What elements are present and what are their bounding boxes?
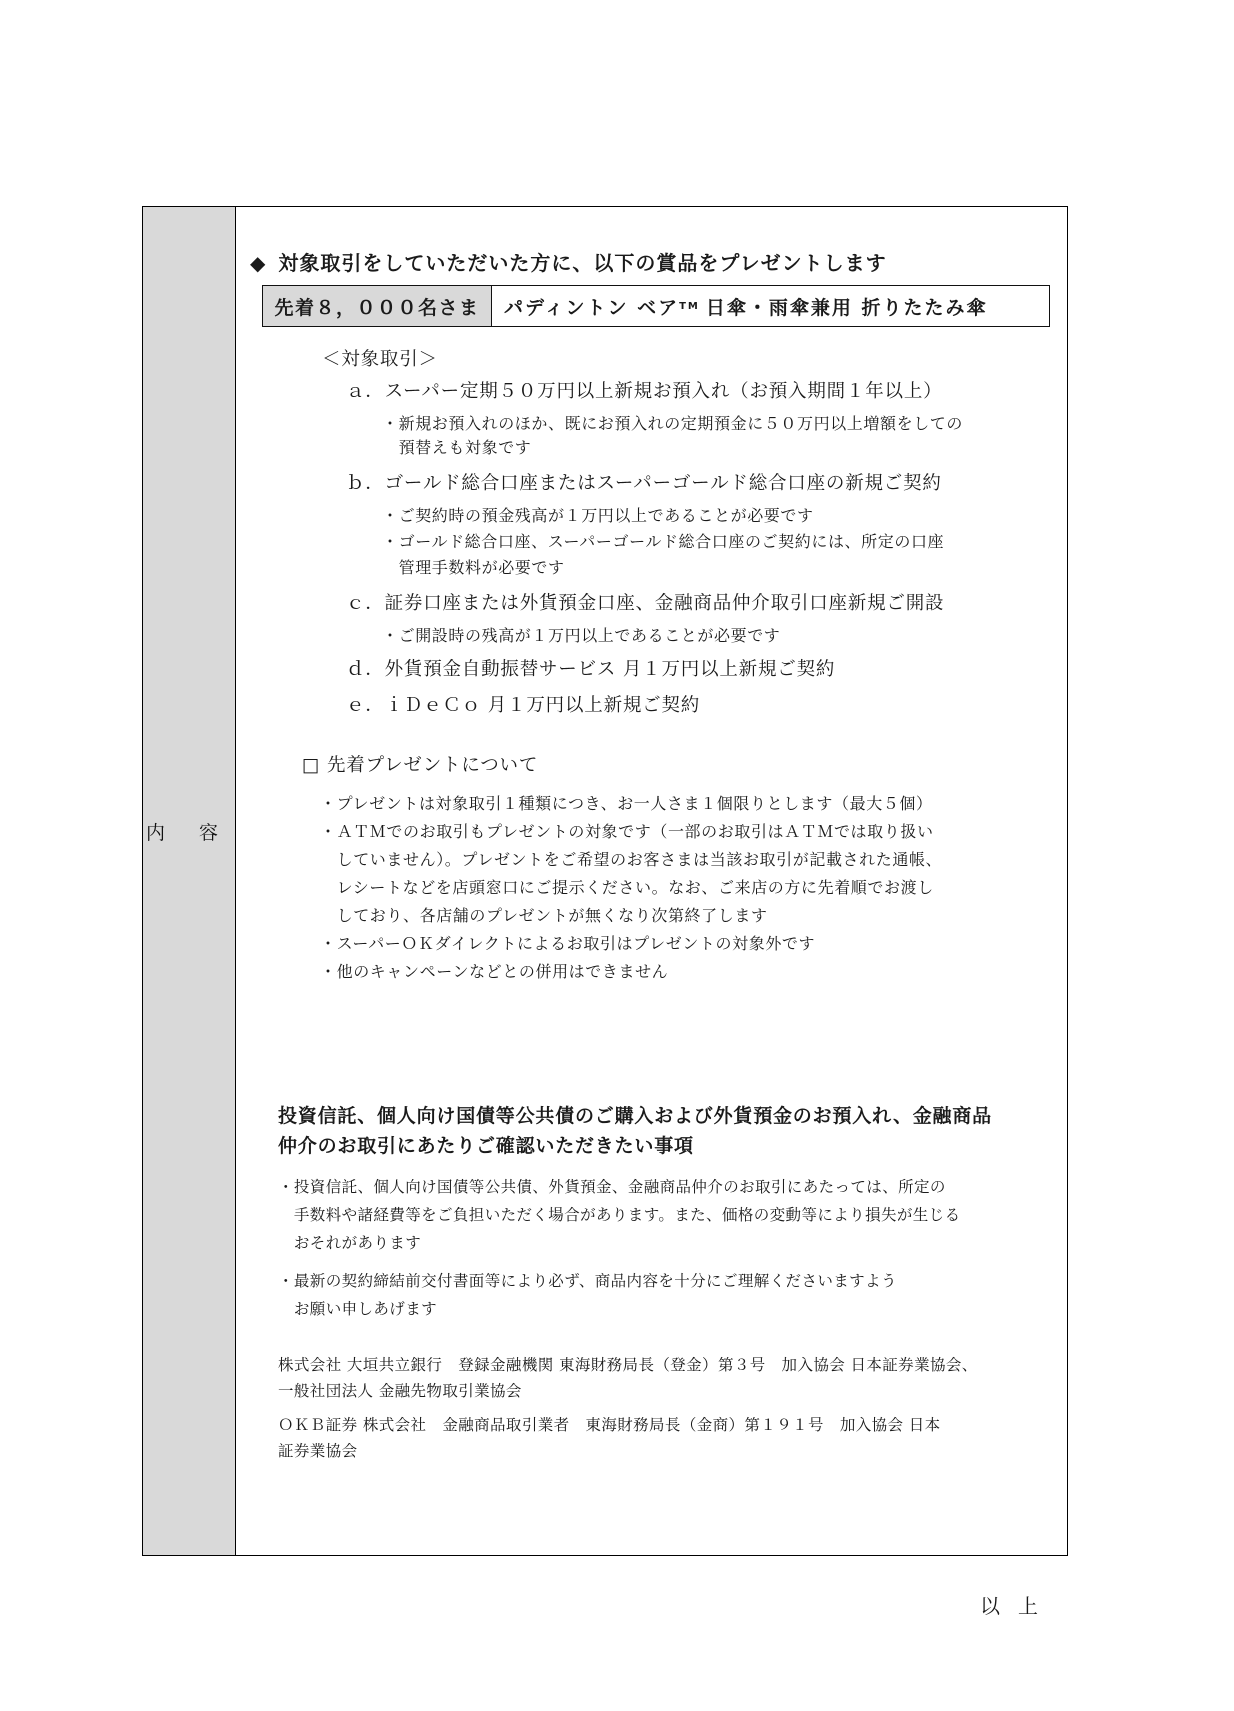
diamond-bullet-icon: ◆ [250,251,266,275]
trademark-icon: TM [679,301,700,312]
prize-item: パディントン ベアTM日傘・雨傘兼用 折りたたみ傘 [492,286,1049,326]
headline: ◆対象取引をしていただいた方に、以下の賞品をプレゼントします [250,247,887,276]
notice-line: ・投資信託、個人向け国債等公共債、外貨預金、金融商品仲介のお取引にあたっては、所… [278,1175,946,1197]
closing-mark: 以上 [980,1590,1056,1619]
prize-quantity: 先着８，０００名さま [263,286,492,326]
notice-line: 手数料や諸経費等をご負担いただく場合があります。また、価格の変動等により損失が生… [278,1203,960,1225]
target-item-b-note: ・ゴールド総合口座、スーパーゴールド総合口座のご契約には、所定の口座 [382,529,944,552]
prize-item-desc: 日傘・雨傘兼用 折りたたみ傘 [706,293,988,320]
securities-disclosure: 証券業協会 [278,1439,358,1461]
target-item-d: ｄ．外貨預金自動振替サービス 月１万円以上新規ご契約 [346,655,835,681]
early-present-line: していません）。プレゼントをご希望のお客さまは当該お取引が記載された通帳、 [320,847,942,870]
early-present-line: ・プレゼントは対象取引１種類につき、お一人さま１個限りとします（最大５個） [320,791,933,814]
notice-line: お願い申しあげます [278,1297,437,1319]
bank-disclosure: 一般社団法人 金融先物取引業協会 [278,1379,522,1401]
early-present-line: レシートなどを店頭窓口にご提示ください。なお、ご来店の方に先着順でお渡し [320,875,934,898]
headline-text: 対象取引をしていただいた方に、以下の賞品をプレゼントします [278,251,886,275]
content-table: 内 容 ◆対象取引をしていただいた方に、以下の賞品をプレゼントします 先着８，０… [142,206,1068,1556]
target-item-a-note: ・新規お預入れのほか、既にお預入れの定期預金に５０万円以上増額をしての [382,411,963,434]
notice-heading: 仲介のお取引にあたりご確認いただきたい事項 [278,1131,694,1158]
notice-line: おそれがあります [278,1231,421,1253]
prize-table: 先着８，０００名さま パディントン ベアTM日傘・雨傘兼用 折りたたみ傘 [262,285,1050,327]
target-item-b-note: 管理手数料が必要です [382,555,565,578]
early-present-heading: □ 先着プレゼントについて [302,751,538,777]
early-present-heading-text: 先着プレゼントについて [327,755,538,776]
target-item-a-note: 預替えも対象です [382,435,531,458]
early-present-line: ・スーパーＯＫダイレクトによるお取引はプレゼントの対象外です [320,931,815,954]
target-item-c-note: ・ご開設時の残高が１万円以上であることが必要です [382,623,780,646]
target-transactions-heading: ＜対象取引＞ [322,345,438,371]
target-item-b: ｂ．ゴールド総合口座またはスーパーゴールド総合口座の新規ご契約 [346,469,942,495]
target-item-a: ａ．スーパー定期５０万円以上新規お預入れ（お預入期間１年以上） [346,377,942,403]
target-item-e: ｅ．ｉＤｅＣｏ 月１万円以上新規ご契約 [346,691,700,717]
notice-heading: 投資信託、個人向け国債等公共債のご購入および外貨預金のお預入れ、金融商品 [278,1101,992,1128]
side-label: 内 容 [146,818,232,845]
target-item-b-note: ・ご契約時の預金残高が１万円以上であることが必要です [382,503,814,526]
early-present-line: しており、各店舗のプレゼントが無くなり次第終了します [320,903,768,926]
target-item-c: ｃ．証券口座または外貨預金口座、金融商品仲介取引口座新規ご開設 [346,589,944,615]
securities-disclosure: ＯＫＢ証券 株式会社 金融商品取引業者 東海財務局長（金商）第１９１号 加入協会… [278,1413,941,1435]
early-present-line: ・ＡＴＭでのお取引もプレゼントの対象です（一部のお取引はＡＴＭでは取り扱い [320,819,934,842]
early-present-line: ・他のキャンペーンなどとの併用はできません [320,959,668,982]
side-label-cell: 内 容 [143,207,236,1555]
checkbox-icon: □ [302,755,320,776]
prize-item-name: パディントン ベア [504,293,679,320]
content-cell: ◆対象取引をしていただいた方に、以下の賞品をプレゼントします 先着８，０００名さ… [236,207,1067,1555]
notice-line: ・最新の契約締結前交付書面等により必ず、商品内容を十分にご理解くださいますよう [278,1269,897,1291]
bank-disclosure: 株式会社 大垣共立銀行 登録金融機関 東海財務局長（登金）第３号 加入協会 日本… [278,1353,978,1375]
